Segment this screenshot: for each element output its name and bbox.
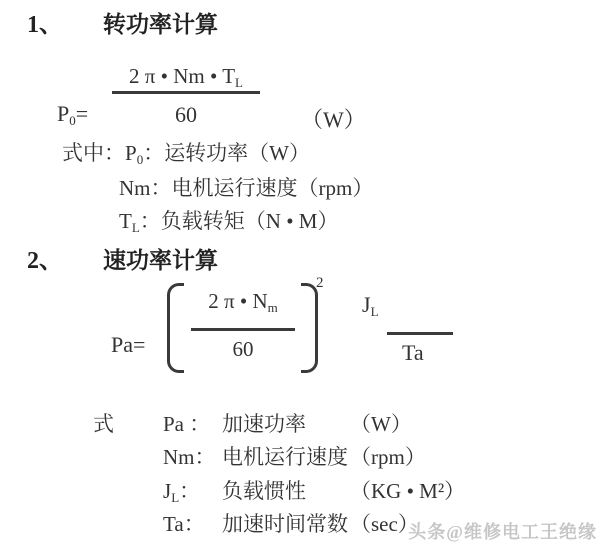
formula1-numerator-subscript: L [235,75,243,90]
formula2-equals: = [133,332,145,357]
term: P [125,141,137,165]
formula1-numerator-text: 2 π • Nm • T [129,64,235,88]
definition-row: 式中：P0：运转功率（W） [62,137,310,167]
term-colon: ： [151,176,172,200]
formula1-lhs-base: P [57,101,69,126]
left-bracket [167,283,184,373]
term: Pa [163,412,184,436]
term-description: 电机运行速度 [222,441,350,471]
formula2-j-subscript: L [371,304,379,319]
formula2-numerator-subscript: m [268,300,278,315]
term: J [163,479,171,503]
section1-heading: 1、转功率计算 [27,4,218,39]
term-description: 运转功率（W） [164,141,310,165]
formula1-numerator: 2 π • Nm • TL [112,64,260,94]
second-fraction-bar [387,332,453,335]
formula2-second-denominator: Ta [402,340,424,366]
term-description: 加速功率 [222,408,350,438]
term-unit: （KG • M²） [350,479,465,503]
formula1-lhs: P0= [57,101,88,127]
section2-number: 2、 [27,248,63,274]
term: Nm [163,445,195,469]
formula2-numerator: 2 π • Nm [191,289,295,331]
formula2-second-numerator: JL [362,292,379,318]
term-description: 负载转矩（N • M） [161,209,339,233]
definition-row: Nm：电机运行速度（rpm） [163,441,426,471]
formula2-j-base: J [362,292,371,317]
term: T [119,209,132,233]
section2-heading: 2、速功率计算 [27,240,218,275]
term: Nm [119,176,151,200]
definition-row: Ta：加速时间常数（sec） [163,508,419,538]
term-colon: ： [184,512,205,536]
formula2-fraction: 2 π • Nm 60 [191,289,295,362]
term-cell: Pa ： [163,408,222,438]
term-cell: Ta： [163,508,222,538]
section1-number: 1、 [27,12,63,38]
formula1-denominator: 60 [112,102,260,128]
section1-title: 转功率计算 [103,12,218,37]
definition-row: TL：负载转矩（N • M） [119,205,338,235]
watermark: 头条@维修电工王绝缘 [408,518,597,544]
definition-row: Pa ：加速功率（W） [163,408,412,438]
term: Ta [163,512,184,536]
where-prefix: 式 [93,408,114,438]
formula2-lhs-text: Pa [111,332,133,357]
formula2-exponent: 2 [316,276,324,291]
document-page: 1、转功率计算 P0= 2 π • Nm • TL 60 （W） 式中：P0：运… [0,0,602,555]
term-colon: ： [143,141,164,165]
term-colon: ： [140,209,161,233]
term-unit: （W） [350,412,412,436]
formula2-lhs: Pa= [111,332,145,358]
term-colon: ： [195,445,216,469]
right-bracket [301,283,318,373]
term-subscript: L [132,220,140,235]
section2-title: 速功率计算 [103,248,218,273]
term-cell: Nm： [163,441,222,471]
term-description: 电机运行速度（rpm） [172,176,374,200]
term-colon: ： [179,479,200,503]
formula1-unit: （W） [301,103,366,134]
formula1-equals: = [76,101,88,126]
definition-row: Nm：电机运行速度（rpm） [119,172,373,202]
formula2-numerator-text: 2 π • N [208,289,267,313]
formula1-fraction: 2 π • Nm • TL 60 [112,64,260,128]
where-prefix: 式中： [62,141,125,165]
term-description: 加速时间常数 [222,508,350,538]
term-subscript: L [171,490,179,505]
term-description: 负载惯性 [222,475,350,505]
definition-row: JL：负载惯性（KG • M²） [163,475,465,505]
term-unit: （rpm） [350,445,426,469]
term-colon: ： [184,412,210,436]
formula2-denominator: 60 [191,337,295,362]
term-cell: JL： [163,475,222,505]
